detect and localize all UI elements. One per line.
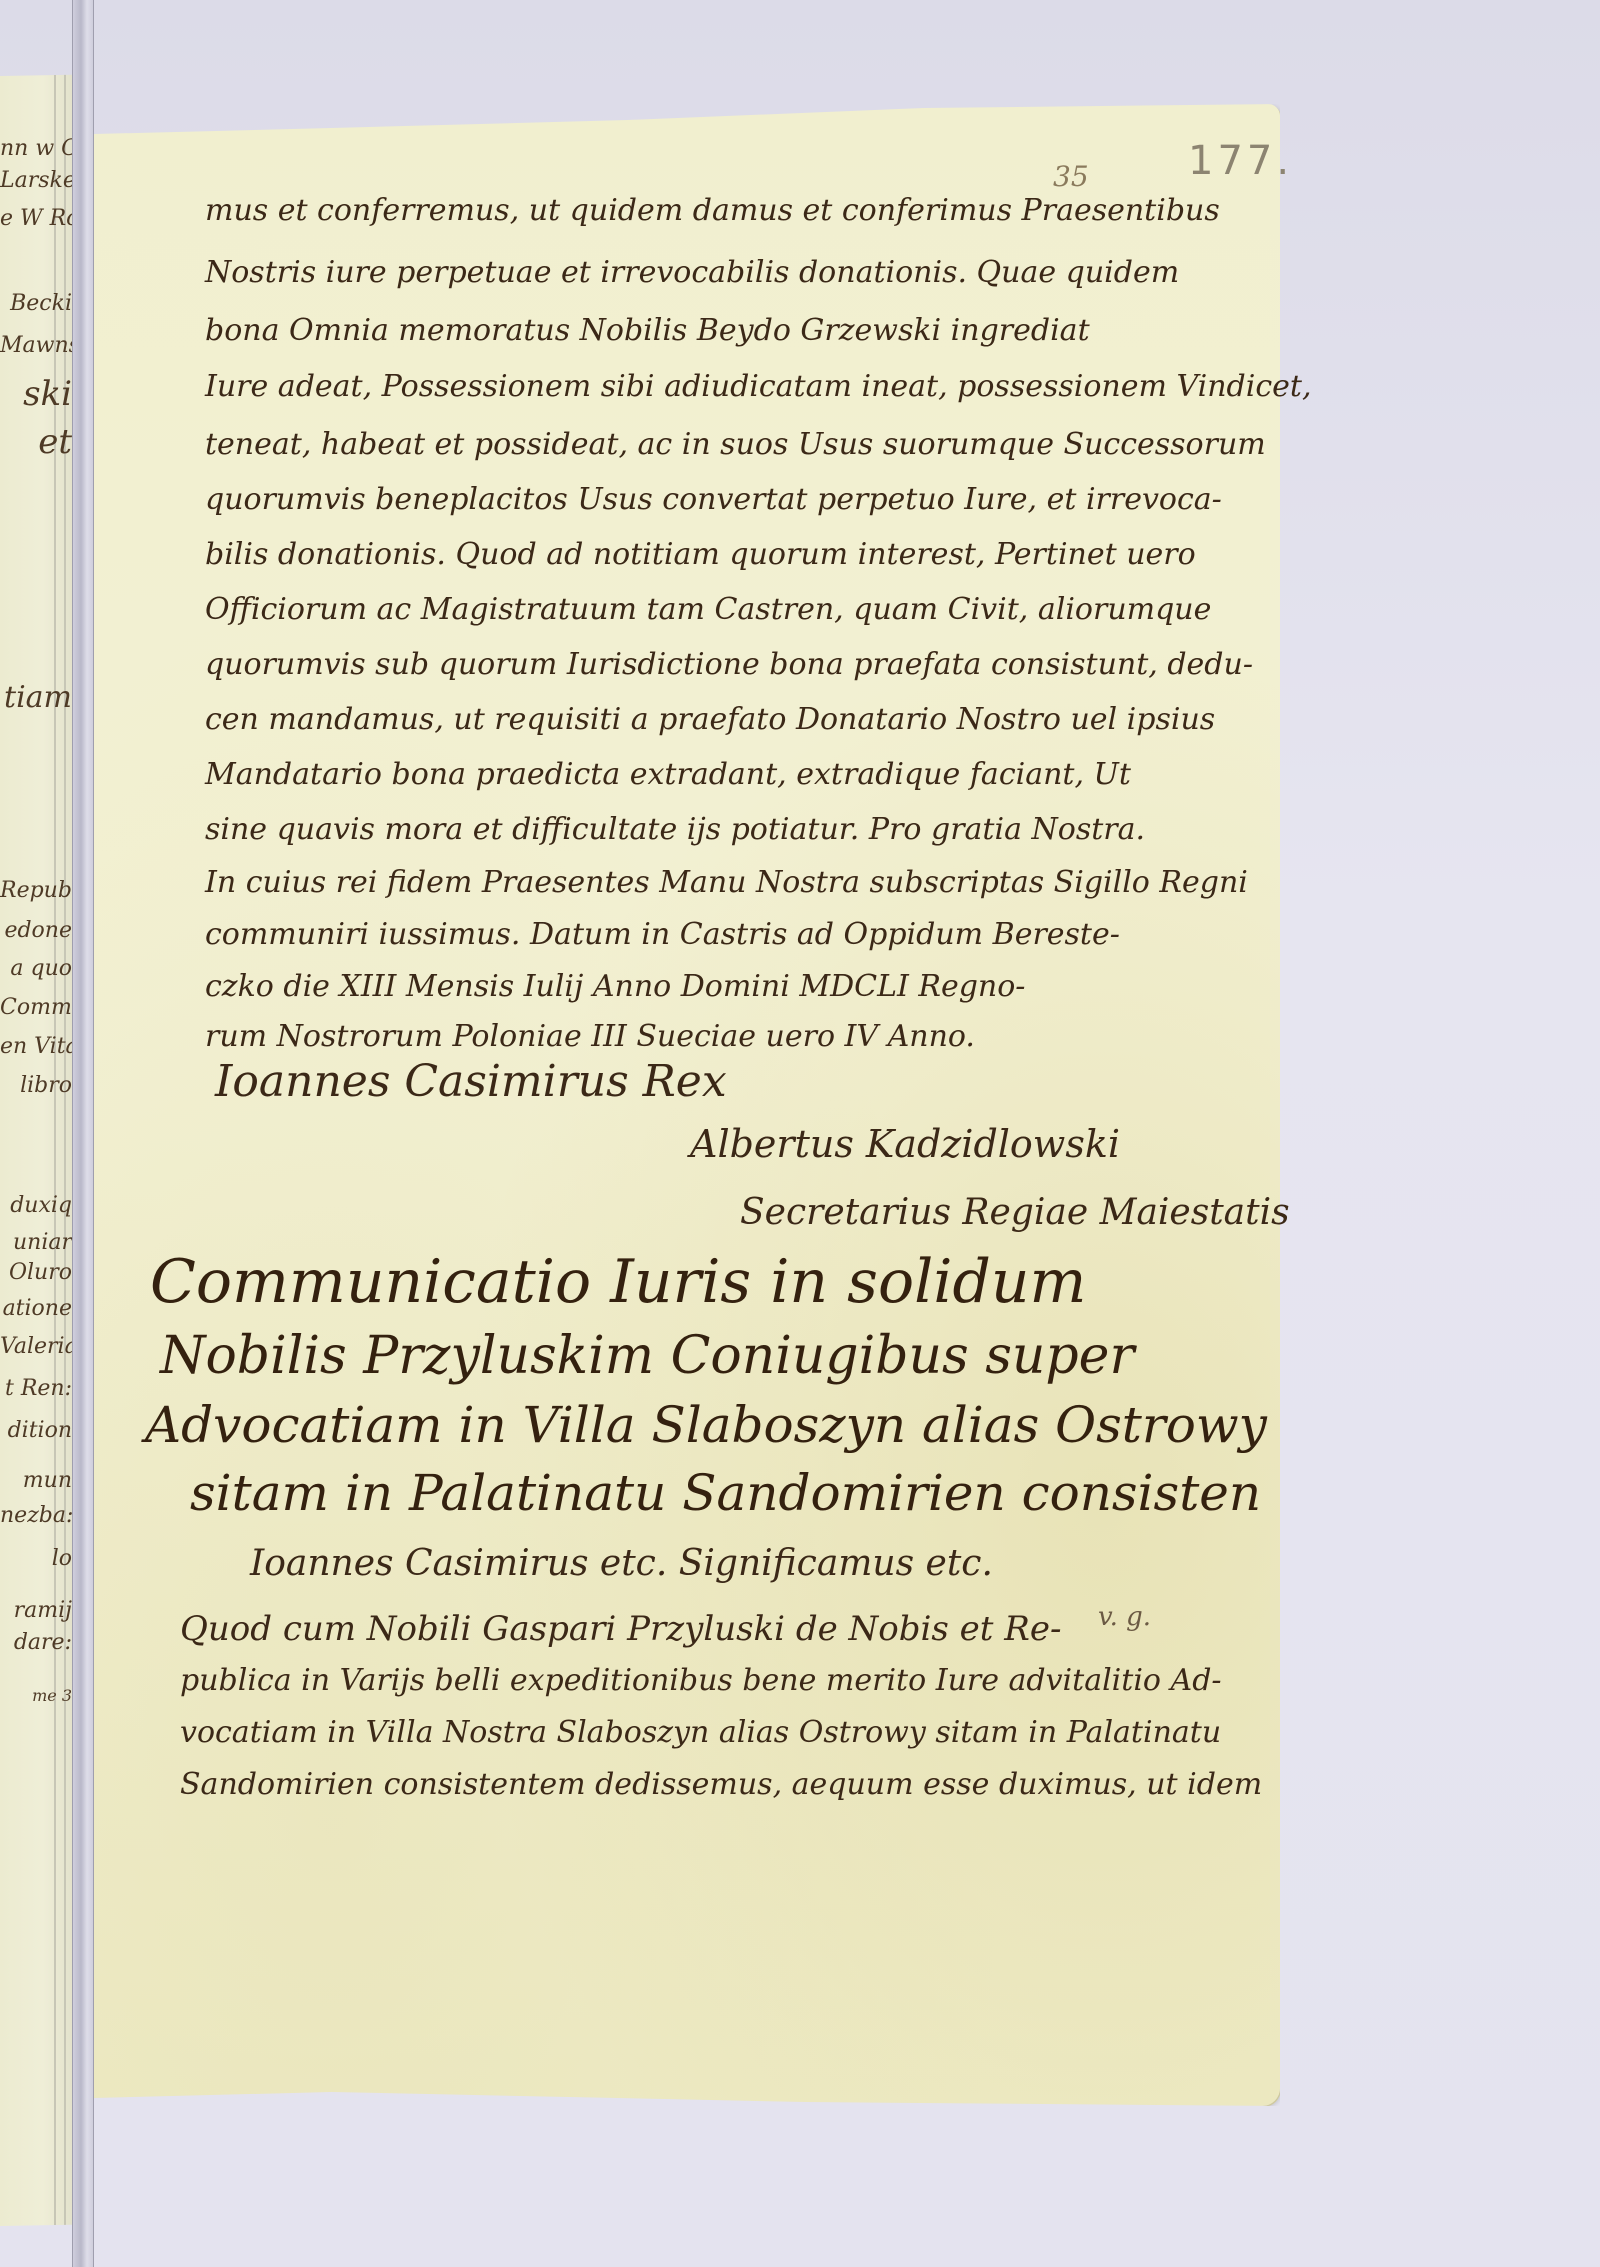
book-binding-gutter [72, 0, 94, 2267]
text-line: teneat, habeat et possideat, ac in suos … [205, 430, 1266, 460]
margin-fragment: Larske [0, 170, 72, 192]
text-line: bona Omnia memoratus Nobilis Beydo Grzew… [205, 316, 1090, 346]
text-line: Iure adeat, Possessionem sibi adiudicata… [205, 372, 1311, 402]
margin-fragment: nn w O: [0, 138, 72, 160]
margin-fragment: duxiq [0, 1195, 72, 1217]
text-line: Quod cum Nobili Gaspari Przyluski de Nob… [180, 1612, 1061, 1646]
text-line: communiri iussimus. Datum in Castris ad … [205, 920, 1120, 950]
text-line: Officiorum ac Magistratuum tam Castren, … [205, 595, 1211, 625]
heading-line: Communicatio Iuris in solidum [150, 1252, 1086, 1312]
text-line: mus et conferremus, ut quidem damus et c… [205, 196, 1220, 226]
heading-line: sitam in Palatinatu Sandomirien consiste… [190, 1468, 1261, 1518]
margin-fragment: tiam [0, 683, 72, 713]
secretary-signature-title: Secretarius Regiae Maiestatis [740, 1195, 1290, 1231]
text-line: Mandatario bona praedicta extradant, ext… [205, 760, 1131, 790]
secretary-signature-name: Albertus Kadzidlowski [690, 1125, 1120, 1163]
margin-fragment: Valeria [0, 1336, 72, 1358]
margin-fragment: me 3 [0, 1688, 72, 1704]
margin-fragment: ski [0, 377, 72, 411]
text-line: vocatiam in Villa Nostra Slaboszyn alias… [180, 1718, 1221, 1748]
text-line: bilis donationis. Quod ad notitiam quoru… [205, 540, 1196, 570]
folio-mark: 35 [1053, 160, 1089, 193]
margin-fragment: edone [0, 920, 72, 942]
text-line: quorumvis beneplacitos Usus convertat pe… [205, 485, 1222, 515]
second-entry-intitulatio: Ioannes Casimirus etc. Significamus etc. [250, 1546, 993, 1582]
folio-number: 177. [1188, 138, 1293, 184]
text-line: cen mandamus, ut requisiti a praefato Do… [205, 705, 1215, 735]
margin-fragment: Oluro [0, 1262, 72, 1284]
heading-line: Nobilis Przyluskim Coniugibus super [160, 1330, 1134, 1382]
margin-fragment: Becki [0, 293, 72, 315]
text-line: quorumvis sub quorum Iurisdictione bona … [205, 650, 1253, 680]
text-line: Nostris iure perpetuae et irrevocabilis … [205, 258, 1179, 288]
margin-fragment: lo [0, 1548, 72, 1570]
margin-fragment: dition [0, 1420, 72, 1442]
margin-fragment: Commu: [0, 997, 72, 1019]
margin-fragment: mun [0, 1470, 72, 1492]
king-signature: Ioannes Casimirus Rex [215, 1060, 727, 1104]
text-line: publica in Varijs belli expeditionibus b… [180, 1666, 1222, 1696]
text-line: Sandomirien consistentem dedissemus, aeq… [180, 1770, 1262, 1800]
margin-fragment: dare: [0, 1632, 72, 1654]
text-line: In cuius rei fidem Praesentes Manu Nostr… [205, 868, 1248, 898]
heading-line: Advocatiam in Villa Slaboszyn alias Ostr… [145, 1400, 1267, 1450]
marginal-note: v. g. [1098, 1602, 1151, 1632]
margin-fragment: Mawns. [0, 335, 72, 357]
margin-fragment: nezba: [0, 1505, 72, 1527]
margin-fragment: a quo [0, 958, 72, 980]
margin-fragment: en Vita [0, 1036, 72, 1058]
margin-fragment: Repubca: [0, 880, 72, 902]
text-line: rum Nostrorum Poloniae III Sueciae uero … [205, 1022, 975, 1052]
margin-fragment: e W Rok [0, 208, 72, 230]
margin-fragment: et [0, 425, 72, 459]
margin-fragment: atione [0, 1298, 72, 1320]
margin-fragment: t Ren: [0, 1378, 72, 1400]
margin-fragment: ramij [0, 1600, 72, 1622]
margin-fragment: libro [0, 1075, 72, 1097]
text-line: sine quavis mora et difficultate ijs pot… [205, 815, 1145, 845]
text-line: czko die XIII Mensis Iulij Anno Domini M… [205, 972, 1025, 1002]
margin-fragment: uniar [0, 1232, 72, 1254]
